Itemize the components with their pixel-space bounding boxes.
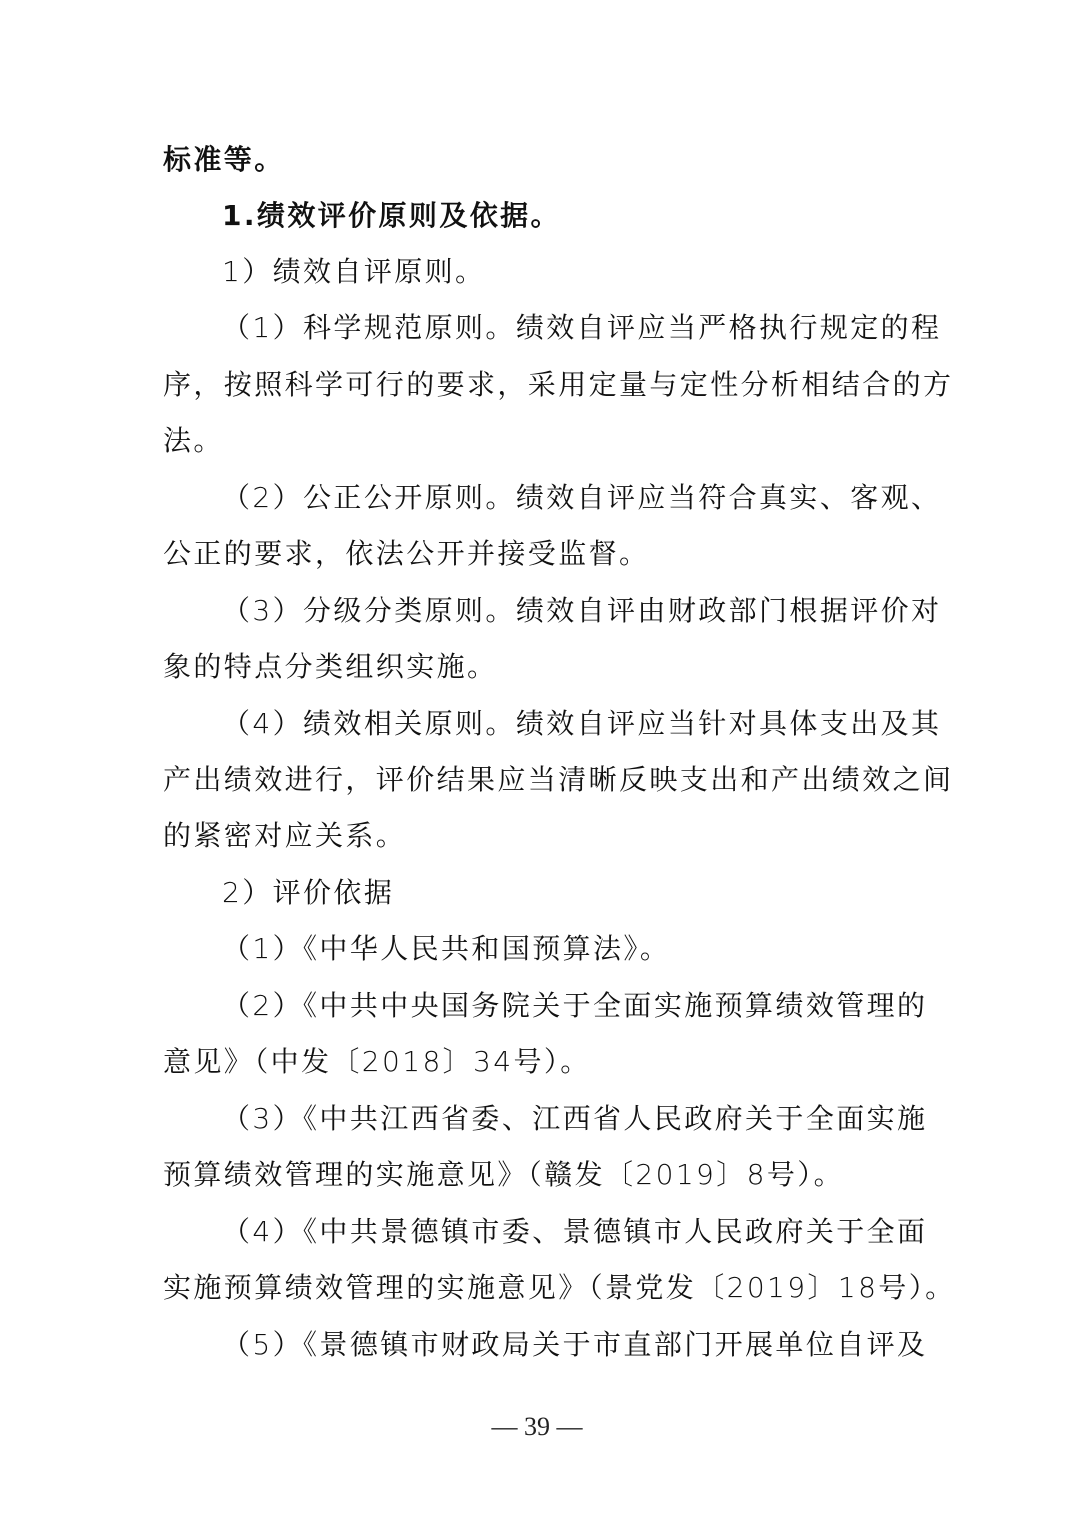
- paragraph-line: 的紧密对应关系。: [163, 818, 913, 854]
- paragraph-line: 预算绩效管理的实施意见》（赣发〔2019〕8号）。: [163, 1157, 913, 1193]
- paragraph-line: （5）《景德镇市财政局关于市直部门开展单位自评及: [222, 1327, 912, 1363]
- paragraph-line: 法。: [163, 423, 913, 459]
- paragraph-line: （3）《中共江西省委、江西省人民政府关于全面实施: [222, 1101, 912, 1137]
- heading-line: 1.绩效评价原则及依据。: [222, 198, 912, 234]
- paragraph-line: （2）公正公开原则。绩效自评应当符合真实、客观、: [222, 480, 912, 516]
- paragraph-line: （1）《中华人民共和国预算法》。: [222, 931, 912, 967]
- paragraph-line: （3）分级分类原则。绩效自评由财政部门根据评价对: [222, 593, 912, 629]
- document-page: 标准等。1.绩效评价原则及依据。1）绩效自评原则。（1）科学规范原则。绩效自评应…: [0, 0, 1074, 1520]
- paragraph-line: 意见》（中发〔2018〕34号）。: [163, 1044, 913, 1080]
- paragraph-line: （4）《中共景德镇市委、景德镇市人民政府关于全面: [222, 1214, 912, 1250]
- paragraph-line: （2）《中共中央国务院关于全面实施预算绩效管理的: [222, 988, 912, 1024]
- paragraph-line: （4）绩效相关原则。绩效自评应当针对具体支出及其: [222, 706, 912, 742]
- page-number: — 39 —: [0, 1412, 1074, 1442]
- paragraph-line: 2）评价依据: [222, 875, 912, 911]
- paragraph-line: 象的特点分类组织实施。: [163, 649, 913, 685]
- paragraph-line: 序，按照科学可行的要求，采用定量与定性分析相结合的方: [163, 367, 913, 403]
- paragraph-line: 1）绩效自评原则。: [222, 254, 912, 290]
- paragraph-line: 产出绩效进行，评价结果应当清晰反映支出和产出绩效之间: [163, 762, 913, 798]
- paragraph-line: （1）科学规范原则。绩效自评应当严格执行规定的程: [222, 310, 912, 346]
- heading-line: 标准等。: [163, 142, 913, 178]
- paragraph-line: 实施预算绩效管理的实施意见》（景党发〔2019〕18号）。: [163, 1270, 913, 1306]
- paragraph-line: 公正的要求，依法公开并接受监督。: [163, 536, 913, 572]
